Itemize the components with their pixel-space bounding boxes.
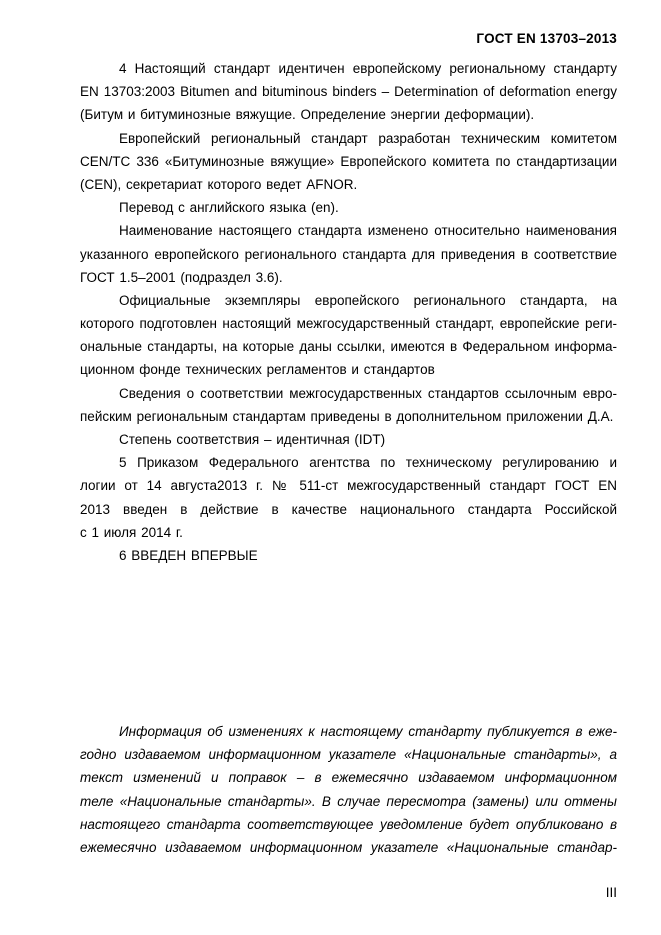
paragraph: Наименование настоящего стандарта измене… xyxy=(80,219,617,289)
paragraph: 4 Настоящий стандарт идентичен европейск… xyxy=(80,57,617,127)
paragraph: Информация об изменениях к настоящему ст… xyxy=(80,720,617,859)
italic-publication-note: Информация об изменениях к настоящему ст… xyxy=(80,720,617,859)
text-line: Перевод с английского языка (en). xyxy=(80,196,617,219)
text-line: 2013 введен в действие в качестве национ… xyxy=(80,498,617,521)
page-number: III xyxy=(80,884,617,902)
text-line: логии от 14 августа2013 г. № 511-ст межг… xyxy=(80,474,617,497)
text-line: ональные стандарты, на которые даны ссыл… xyxy=(80,335,617,358)
text-line: ежемесячно издаваемом информационном ука… xyxy=(80,836,617,859)
text-line: 4 Настоящий стандарт идентичен европейск… xyxy=(80,57,617,80)
paragraph: Европейский региональный стандарт разраб… xyxy=(80,127,617,197)
text-line: Информация об изменениях к настоящему ст… xyxy=(80,720,617,743)
text-line: Официальные экземпляры европейского реги… xyxy=(80,289,617,312)
text-line: текст изменений и поправок – в ежемесячн… xyxy=(80,766,617,789)
text-line: пейским региональным стандартам приведен… xyxy=(80,405,617,428)
foreword-body: 4 Настоящий стандарт идентичен европейск… xyxy=(80,57,617,567)
text-line: 6 ВВЕДЕН ВПЕРВЫЕ xyxy=(80,544,617,567)
text-line: 5 Приказом Федерального агентства по тех… xyxy=(80,451,617,474)
text-line: Наименование настоящего стандарта измене… xyxy=(80,219,617,242)
text-line: (Битум и битуминозные вяжущие. Определен… xyxy=(80,103,617,126)
text-line: теле «Национальные стандарты». В случае … xyxy=(80,790,617,813)
paragraph: Сведения о соответствии межгосударственн… xyxy=(80,382,617,428)
document-page: ГОСТ EN 13703–2013 4 Настоящий стандарт … xyxy=(0,0,661,935)
paragraph: Перевод с английского языка (en). xyxy=(80,196,617,219)
document-code-header: ГОСТ EN 13703–2013 xyxy=(80,30,617,47)
text-line: указанного европейского регионального ст… xyxy=(80,243,617,266)
text-line: EN 13703:2003 Bitumen and bituminous bin… xyxy=(80,80,617,103)
text-line: с 1 июля 2014 г. xyxy=(80,521,617,544)
text-line: настоящего стандарта соответствующее уве… xyxy=(80,813,617,836)
text-line: которого подготовлен настоящий межгосуда… xyxy=(80,312,617,335)
paragraph: 5 Приказом Федерального агентства по тех… xyxy=(80,451,617,544)
text-line: ционном фонде технических регламентов и … xyxy=(80,358,617,381)
text-line: Сведения о соответствии межгосударственн… xyxy=(80,382,617,405)
text-line: CEN/TC 336 «Битуминозные вяжущие» Европе… xyxy=(80,150,617,173)
text-line: Европейский региональный стандарт разраб… xyxy=(80,127,617,150)
text-line: (CEN), секретариат которого ведет AFNOR. xyxy=(80,173,617,196)
text-line: Степень соответствия – идентичная (IDT) xyxy=(80,428,617,451)
text-line: ГОСТ 1.5–2001 (подраздел 3.6). xyxy=(80,266,617,289)
paragraph: Официальные экземпляры европейского реги… xyxy=(80,289,617,382)
text-line: годно издаваемом информационном указател… xyxy=(80,743,617,766)
paragraph: 6 ВВЕДЕН ВПЕРВЫЕ xyxy=(80,544,617,567)
paragraph: Степень соответствия – идентичная (IDT) xyxy=(80,428,617,451)
